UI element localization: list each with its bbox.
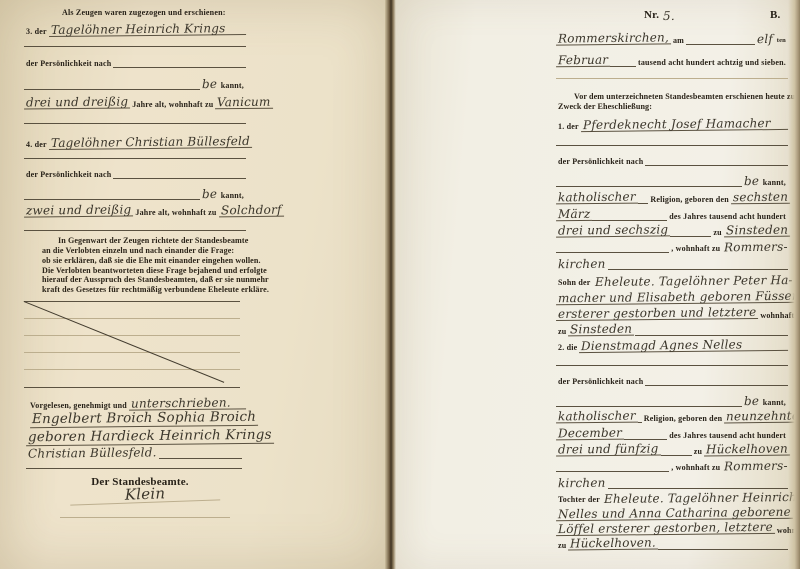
witness3-residence: Vanicum [215,96,273,110]
groom-parents-line1: Sohn der Eheleute. Tagelöhner Peter Ha- [556,275,794,287]
zu-label: zu [692,448,704,456]
sohn-label: Sohn der [556,279,593,287]
witness4-line: 4. der Tagelöhner Christian Büllesfeld [24,136,246,149]
nr-label: Nr. [642,10,661,22]
blank-rule [24,350,240,353]
year-label: des Jahres tausend acht hundert [667,432,788,440]
right-page: Nr. 5. B. Rommerskirchen, am elf ten Feb… [396,0,800,569]
witness4-name: Tagelöhner Christian Büllesfeld [49,135,252,150]
identity-label: der Persönlichkeit nach [24,171,113,179]
witness4-prefix: 4. der [24,141,49,149]
witness3-identity-line: der Persönlichkeit nach [24,60,246,68]
bride-parents-line2: Nelles und Anna Catharina geborene [556,507,794,520]
groom-name: Pferdeknecht Josef Hamacher [581,117,788,132]
blank-rule [24,367,240,370]
groom-residence-line2: kirchen [556,258,788,270]
witness-header-text: Als Zeugen waren zugezogen und erschiene… [60,9,228,17]
corner-letter: B. [768,10,783,22]
blank-rule [556,143,788,146]
place-date-line: Rommerskirchen, am elf ten [556,32,788,45]
blank-rule [556,363,788,366]
blank-rule [26,466,242,469]
identity-label: der Persönlichkeit nach [24,60,113,68]
registry-scan: Als Zeugen waren zugezogen und erschiene… [0,0,800,569]
groom-residence-1: Rommers- [722,241,790,254]
page-right-edge [788,0,800,569]
witness-header: Als Zeugen waren zugezogen und erschiene… [60,9,228,17]
month-year-line: Februar tausend acht hundert achtzig und… [556,54,788,67]
blank-rule [24,385,240,388]
declaration-line: In Gegenwart der Zeugen richtete der Sta… [42,236,246,246]
witness3-age-line: drei und dreißig Jahre alt, wohnhaft zu … [24,96,250,109]
zu-label: zu [556,542,568,550]
groom-birth-place: Sinsteden [724,224,790,238]
declaration-line: ob sie erklären, daß sie die Ehe mit ein… [42,256,246,266]
declaration-line: Die Verlobten beantworteten diese Frage … [42,266,246,276]
blank-rule [24,156,246,159]
signature-witness1: geboren Hardieck Heinrich Krings [26,429,274,446]
groom-parents-1: Eheleute. Tagelöhner Peter Ha- [592,274,794,288]
bride-parents-line1: Tochter der Eheleute. Tagelöhner Heinric… [556,492,794,504]
nr-value: 5. [661,10,677,22]
bride-religion-line: katholischer Religion, geboren den neunz… [556,410,790,423]
identity-label: der Persönlichkeit nach [556,378,645,386]
bride-parents-3: Löffel ersterer gestorben, letztere [556,521,775,536]
bride-parents-2: Nelles und Anna Catharina geborene [556,506,793,521]
known-hand-be: be [200,188,219,200]
bride-parents-1: Eheleute. Tagelöhner Heinrich [602,491,799,505]
blank-rule [60,515,230,518]
witness3-known-line: be kannt, [24,78,246,90]
groom-birth-year: drei und sechszig [556,223,670,237]
witness4-residence: Solchdorf [218,204,283,218]
corner-letter-row: B. [768,10,783,22]
zu-label: zu [711,229,723,237]
bride-name: Dienstmagd Agnes Nelles [579,338,788,353]
registrar-signature-row: Klein [70,487,220,503]
bride-parents-residence-line: zu Hückelhoven. [556,537,788,550]
groom-prefix: 1. der [556,123,581,131]
signature-row: Christian Büllesfeld. [26,447,242,459]
bride-residence-line2: kirchen [556,477,788,489]
known-printed: kannt, [219,82,246,90]
groom-parents-line3: ersterer gestorben und letztere wohnhaft [556,307,790,320]
groom-parents-line2: macher und Elisabeth geboren Füsser, [556,291,794,304]
bride-birth-month: December [556,427,624,441]
signature-witness2: Christian Büllesfeld. [26,446,159,459]
witness4-known-line: be kannt, [24,188,246,200]
bride-parents-line3: Löffel ersterer gestorben, letztere wohn… [556,522,790,535]
intro-paragraph: Vor dem unterzeichneten Standesbeamten e… [558,92,788,112]
am-label: am [671,37,686,45]
bride-parents-residence: Hückelhoven. [568,537,658,551]
bride-prefix: 2. die [556,344,579,352]
groom-parents-residence-line: zu Sinsteden [556,323,788,336]
blank-rule [24,44,246,47]
bride-birth-month-line: December des Jahres tausend acht hundert [556,427,788,440]
blank-rule [24,228,246,231]
signature-row: geboren Hardieck Heinrich Krings [26,430,242,445]
bride-identity-line: der Persönlichkeit nach [556,378,788,386]
known-printed: kannt, [761,399,788,407]
groom-identity-line: der Persönlichkeit nach [556,158,788,166]
witness4-age: zwei und dreißig [24,203,134,217]
declaration-line: hierauf der Ausspruch des Standesbeamten… [42,275,246,285]
groom-line: 1. der Pferdeknecht Josef Hamacher [556,118,788,131]
age-label: Jahre alt, wohnhaft zu [133,209,218,217]
intro-line: Zweck der Eheschließung: [558,102,788,112]
wohnhaft-zu-label: , wohnhaft zu [669,245,722,253]
vorgelesen-line: Vorgelesen, genehmigt und unterschrieben… [28,397,246,410]
bride-birth-year-line: drei und fünfzig zu Hückelhoven [556,443,790,456]
groom-parents-2: macher und Elisabeth geboren Füsser, [556,290,800,306]
groom-known-line: be kannt, [556,175,788,187]
record-number-row: Nr. 5. [642,10,722,22]
religion-label: Religion, geboren den [642,415,725,423]
witness4-identity-line: der Persönlichkeit nach [24,171,246,179]
bride-birth-place: Hückelhoven [704,443,790,457]
known-hand-be: be [200,78,219,90]
year-printed: tausend acht hundert achtzig und sieben. [636,59,788,67]
bride-known-line: be kannt, [556,395,788,407]
groom-birth-month: März [556,208,592,221]
groom-birth-year-line: drei und sechszig zu Sinsteden [556,224,790,237]
day-hand: elf [755,33,775,45]
bride-residence-1: Rommers- [722,460,790,473]
bride-residence-2: kirchen [556,477,608,490]
vorgelesen-label: Vorgelesen, genehmigt und [28,402,129,410]
known-printed: kannt, [761,179,788,187]
identity-label: der Persönlichkeit nach [556,158,645,166]
bride-line: 2. die Dienstmagd Agnes Nelles [556,339,788,352]
groom-birth-day: sechsten [731,191,790,205]
left-page: Als Zeugen waren zugezogen und erschiene… [0,0,388,569]
tochter-label: Tochter der [556,496,602,504]
groom-birth-month-line: März des Jahres tausend acht hundert [556,208,788,221]
religion-label: Religion, geboren den [648,196,731,204]
bride-birth-year: drei und fünfzig [556,442,661,456]
bride-religion: katholischer [556,410,638,424]
declaration-line: an die Verlobten einzeln und nach einand… [42,246,246,256]
page-gutter [385,0,396,569]
bride-residence-line: , wohnhaft zu Rommers- [556,460,790,472]
blank-rule [24,333,240,336]
known-hand-be: be [742,175,761,187]
age-label: Jahre alt, wohnhaft zu [130,101,215,109]
groom-religion: katholischer [556,191,638,205]
groom-parents-residence: Sinsteden [568,323,634,337]
zu-label: zu [556,328,568,336]
known-hand-be: be [742,395,761,407]
registrar-signature: Klein [70,484,220,505]
wohnhaft-zu-label: , wohnhaft zu [669,464,722,472]
witness3-age: drei und dreißig [24,95,130,109]
blank-rule [24,121,246,124]
groom-religion-line: katholischer Religion, geboren den sechs… [556,191,790,204]
blank-rule [24,299,240,302]
groom-residence-2: kirchen [556,258,608,271]
place-hand: Rommerskirchen, [556,31,671,45]
signature-couple: Engelbert Broich Sophia Broich [30,411,258,428]
declaration-paragraph: In Gegenwart der Zeugen richtete der Sta… [42,236,246,295]
known-printed: kannt, [219,192,246,200]
witness3-line: 3. der Tagelöhner Heinrich Krings [24,23,246,36]
intro-line: Vor dem unterzeichneten Standesbeamten e… [558,92,788,102]
groom-parents-3: ersterer gestorben und letztere [556,306,758,321]
blank-rule [556,76,788,79]
witness3-name: Tagelöhner Heinrich Krings [49,22,246,37]
groom-residence-line: , wohnhaft zu Rommers- [556,241,790,253]
diagonal-strike-line [24,301,225,383]
declaration-line: kraft des Gesetzes für rechtmäßig verbun… [42,285,246,295]
blank-rule [24,316,240,319]
witness3-prefix: 3. der [24,28,49,36]
day-suffix: ten [775,38,788,45]
month-hand: Februar [556,54,610,68]
year-label: des Jahres tausend acht hundert [667,213,788,221]
witness4-age-line: zwei und dreißig Jahre alt, wohnhaft zu … [24,204,250,217]
signature-row: Engelbert Broich Sophia Broich [30,412,246,427]
